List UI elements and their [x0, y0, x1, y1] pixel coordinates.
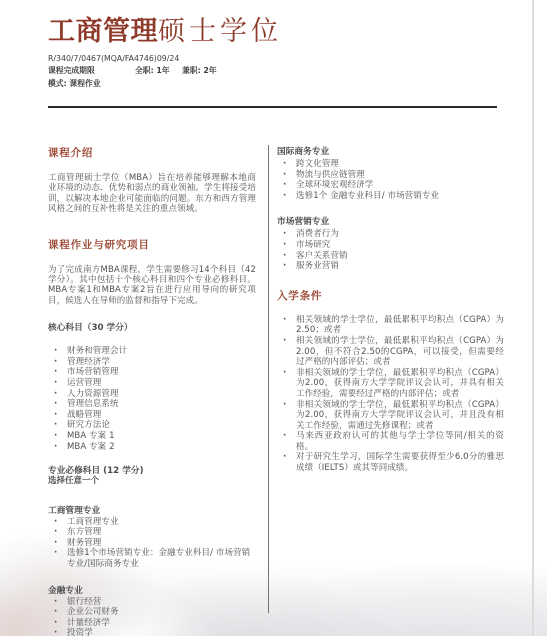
coursework-paragraph: 为了完成南方MBA课程，学生需要修习14个科目（42学分）。其中包括十个核心科目…	[48, 265, 256, 307]
list-item: 投资学	[48, 628, 256, 636]
page-edge-line	[532, 0, 534, 636]
admission-requirements-list: 相关领域的学士学位，最低累积平均积点（CGPA）为2.50；或者 相关领域的学士…	[277, 315, 504, 474]
list-item: 企业公司财务	[48, 607, 256, 618]
elective-note: 选择任意一个	[48, 476, 256, 487]
page-title-bold: 工商管理	[48, 16, 158, 47]
list-item: 相关领域的学士学位，最低累积平均积点（CGPA）为2.00，但不符合2.50的C…	[277, 336, 504, 368]
list-item: 客户关系营销	[277, 251, 504, 262]
column-divider	[268, 145, 269, 613]
marketing-major-heading: 市场营销专业	[277, 215, 504, 227]
list-item: 研究方法论	[48, 420, 256, 431]
list-item: 市场营销管理	[48, 367, 256, 378]
list-item: 全球环境宏观经济学	[277, 180, 504, 191]
list-item: 非相关领域的学士学位，最低累积平均积点（CGPA）为2.00，获得南方大学学院评…	[277, 400, 504, 432]
program-meta: R/340/7/0467(MQA/FA4746)09/24 课程完成期限全职: …	[48, 53, 217, 90]
list-item: 马来西亚政府认可的其他与学士学位等同/相关的资格。	[277, 431, 504, 452]
list-item: 银行经营	[48, 597, 256, 608]
elective-heading: 专业必修科目 (12 学分)	[48, 464, 256, 476]
finance-major-list: 银行经营 企业公司财务 计量经济学 投资学	[48, 597, 256, 636]
list-item: 市场研究	[277, 240, 504, 251]
coursework-heading: 课程作业与研究项目	[48, 237, 256, 252]
list-item: 管理经济学	[48, 357, 256, 368]
business-major-list: 工商管理专业 东方管理 财务管理 选修1个市场营销专业：金融专业科目/ 市场营销…	[48, 517, 256, 570]
page-title-light: 硕士学位	[158, 16, 282, 47]
list-item: 东方管理	[48, 527, 256, 538]
duration-fulltime: 全职: 1年	[135, 65, 182, 77]
list-item: 战略管理	[48, 410, 256, 421]
accreditation-code: R/340/7/0467(MQA/FA4746)09/24	[48, 53, 217, 65]
list-item: MBA 专案 2	[48, 442, 256, 453]
admission-heading: 入学条件	[277, 288, 504, 303]
list-item: 计量经济学	[48, 618, 256, 629]
list-item: 财务管理	[48, 538, 256, 549]
duration-row: 课程完成期限全职: 1年兼职: 2年	[48, 65, 217, 77]
core-subjects-heading: 核心科目（30 学分）	[48, 321, 256, 333]
list-item: 运营管理	[48, 378, 256, 389]
intl-business-list: 跨文化管理 物流与供应链管理 全球环境宏观经济学 选修1个 金融专业科目/ 市场…	[277, 159, 504, 201]
list-item: 选修1个市场营销专业：金融专业科目/ 市场营销专业/国际商务专业	[48, 548, 256, 569]
list-item: 消费者行为	[277, 229, 504, 240]
document-page: 工商管理硕士学位 R/340/7/0467(MQA/FA4746)09/24 课…	[0, 0, 547, 636]
marketing-major-list: 消费者行为 市场研究 客户关系营销 服务业营销	[277, 229, 504, 271]
duration-label: 课程完成期限	[48, 65, 135, 77]
intl-business-heading: 国际商务专业	[277, 145, 504, 157]
list-item: 财务和管理会计	[48, 346, 256, 357]
header-rule	[48, 106, 497, 108]
list-item: 工商管理专业	[48, 517, 256, 528]
finance-major-heading: 金融专业	[48, 584, 256, 596]
list-item: 跨文化管理	[277, 159, 504, 170]
right-column: 国际商务专业 跨文化管理 物流与供应链管理 全球环境宏观经济学 选修1个 金融专…	[277, 140, 504, 474]
list-item: 相关领域的学士学位，最低累积平均积点（CGPA）为2.50；或者	[277, 315, 504, 336]
list-item: MBA 专案 1	[48, 431, 256, 442]
duration-parttime: 兼职: 2年	[182, 66, 217, 75]
list-item: 非相关领域的学士学位，最低累积平均积点（CGPA）为2.00，获得南方大学学院评…	[277, 368, 504, 400]
list-item: 人力资源管理	[48, 389, 256, 400]
list-item: 管理信息系统	[48, 399, 256, 410]
left-column: 课程介绍 工商管理硕士学位（MBA）旨在培养能够理解本地商业环境的动态、优势和弱…	[48, 140, 256, 636]
intro-heading: 课程介绍	[48, 145, 256, 160]
mode-row: 模式: 课程作业	[48, 78, 217, 90]
business-major-heading: 工商管理专业	[48, 504, 256, 516]
list-item: 对于研究生学习，国际学生需要获得至少6.0分的雅思成绩（IELTS）或其等同成绩…	[277, 452, 504, 473]
page-title: 工商管理硕士学位	[48, 9, 282, 48]
list-item: 服务业营销	[277, 261, 504, 272]
list-item: 选修1个 金融专业科目/ 市场营销专业	[277, 191, 504, 202]
core-subjects-list: 财务和管理会计 管理经济学 市场营销管理 运营管理 人力资源管理 管理信息系统 …	[48, 346, 256, 452]
intro-paragraph: 工商管理硕士学位（MBA）旨在培养能够理解本地商业环境的动态、优势和弱点的商业领…	[48, 173, 256, 215]
list-item: 物流与供应链管理	[277, 170, 504, 181]
